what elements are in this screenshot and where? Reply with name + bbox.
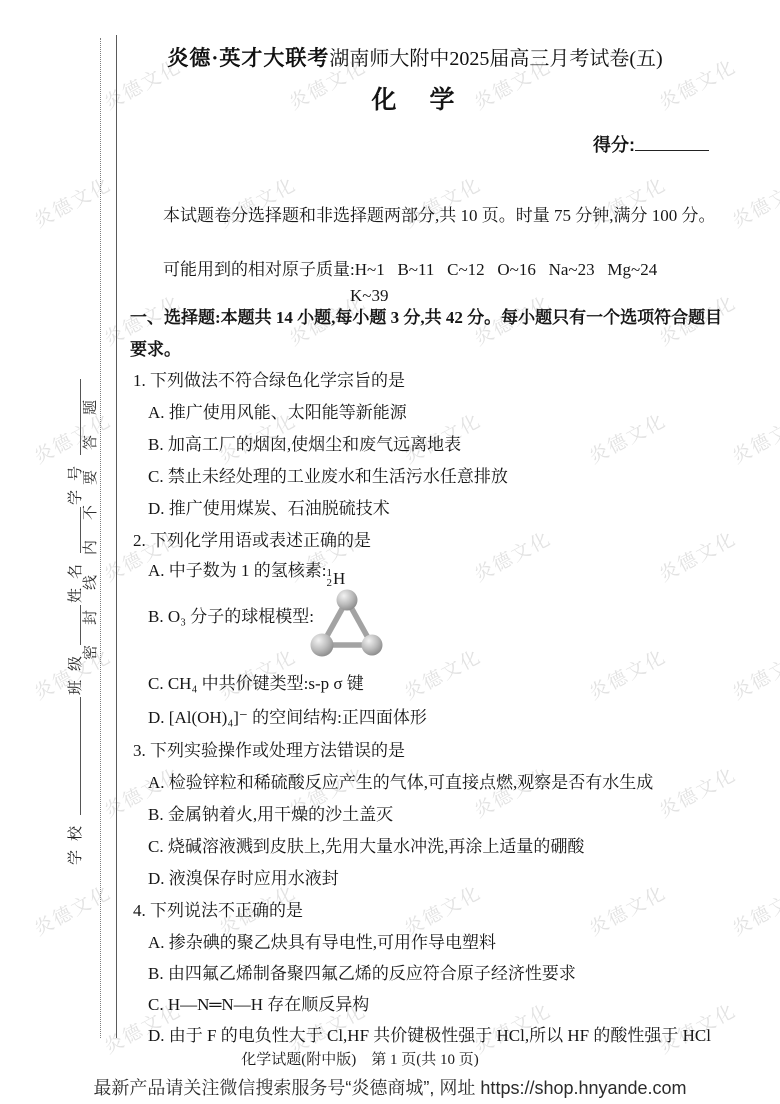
exam-title-text: 湖南师大附中2025届高三月考试卷(五) <box>329 48 662 70</box>
page-number-label: 化学试题(附中版) 第 1 页(共 10 页) <box>130 1048 590 1069</box>
q4-option-a: A. 掺杂碘的聚乙炔具有导电性,可用作导电塑料 <box>148 930 496 956</box>
score-box: 得分: <box>593 131 709 157</box>
publisher-promo-line: 最新产品请关注微信搜索服务号“炎德商城”, 网址 https://shop.hn… <box>0 1074 780 1100</box>
question-4: 4. 下列说法不正确的是 <box>133 898 303 924</box>
question-number: 2. <box>133 531 146 550</box>
q3-option-a: A. 检验锌粒和稀硫酸反应产生的气体,可直接点燃,观察是否有水生成 <box>148 770 653 796</box>
question-stem: 下列实验操作或处理方法错误的是 <box>150 741 405 760</box>
q2-option-d: D. [Al(OH)₄]⁻ 的空间结构:正四面体形 <box>148 705 427 731</box>
q4-option-c: C. H—N═N—H 存在顺反异构 <box>148 992 369 1018</box>
question-1: 1. 下列做法不符合绿色化学宗旨的是 <box>133 368 405 394</box>
option-text: A. 中子数为 1 的氢核素: <box>148 561 327 580</box>
oxygen-atom <box>337 590 358 611</box>
q2-option-a: A. 中子数为 1 的氢核素:12H <box>148 558 345 592</box>
q3-option-c: C. 烧碱溶液溅到皮肤上,先用大量水冲洗,再涂上适量的硼酸 <box>148 834 584 860</box>
question-number: 4. <box>133 901 146 920</box>
question-3: 3. 下列实验操作或处理方法错误的是 <box>133 738 405 764</box>
oxygen-atom <box>362 635 383 656</box>
q2-option-b: B. O₃ 分子的球棍模型: <box>148 588 568 664</box>
oxygen-atom <box>311 634 334 657</box>
section1-heading: 一、选择题:本题共 14 小题,每小题 3 分,共 42 分。每小题只有一个选项… <box>130 305 722 331</box>
q1-option-d: D. 推广使用煤炭、石油脱硫技术 <box>148 496 390 522</box>
question-2: 2. 下列化学用语或表述正确的是 <box>133 528 371 554</box>
q2-option-c: C. CH₄ 中共价键类型:s-p σ 键 <box>148 671 364 697</box>
subject-title: 化 学 <box>130 80 700 116</box>
q1-option-a: A. 推广使用风能、太阳能等新能源 <box>148 400 407 426</box>
q1-option-c: C. 禁止未经处理的工业废水和生活污水任意排放 <box>148 464 508 490</box>
option-text: B. O₃ 分子的球棍模型: <box>148 604 314 630</box>
section1-heading-cont: 要求。 <box>130 337 181 363</box>
score-blank-line <box>635 135 709 151</box>
question-number: 1. <box>133 371 146 390</box>
exam-paper-page: 炎德文化炎德文化炎德文化炎德文化炎德文化炎德文化炎德文化炎德文化炎德文化炎德文化… <box>0 0 780 1104</box>
question-stem: 下列做法不符合绿色化学宗旨的是 <box>150 371 405 390</box>
question-stem: 下列说法不正确的是 <box>150 901 303 920</box>
brand-name: 炎德·英才大联考 <box>167 46 329 70</box>
score-label: 得分: <box>593 135 635 155</box>
exam-description: 本试题卷分选择题和非选择题两部分,共 10 页。时量 75 分钟,满分 100 … <box>163 203 716 229</box>
question-number: 3. <box>133 741 146 760</box>
q3-option-d: D. 液溴保存时应用水液封 <box>148 866 339 892</box>
q3-option-b: B. 金属钠着火,用干燥的沙土盖灭 <box>148 802 393 828</box>
q4-option-d: D. 由于 F 的电负性大于 Cl,HF 共价键极性强于 HCl,所以 HF 的… <box>148 1023 711 1049</box>
ozone-ball-stick-model <box>305 588 395 660</box>
question-stem: 下列化学用语或表述正确的是 <box>150 531 371 550</box>
atomic-masses-line1: 可能用到的相对原子质量:H~1 B~11 C~12 O~16 Na~23 Mg~… <box>163 257 657 283</box>
exam-title: 炎德·英才大联考湖南师大附中2025届高三月考试卷(五) <box>130 42 700 72</box>
q1-option-b: B. 加高工厂的烟囱,使烟尘和废气远离地表 <box>148 432 461 458</box>
q4-option-b: B. 由四氟乙烯制备聚四氟乙烯的反应符合原子经济性要求 <box>148 961 576 987</box>
atomic-number: 2 <box>327 579 333 589</box>
